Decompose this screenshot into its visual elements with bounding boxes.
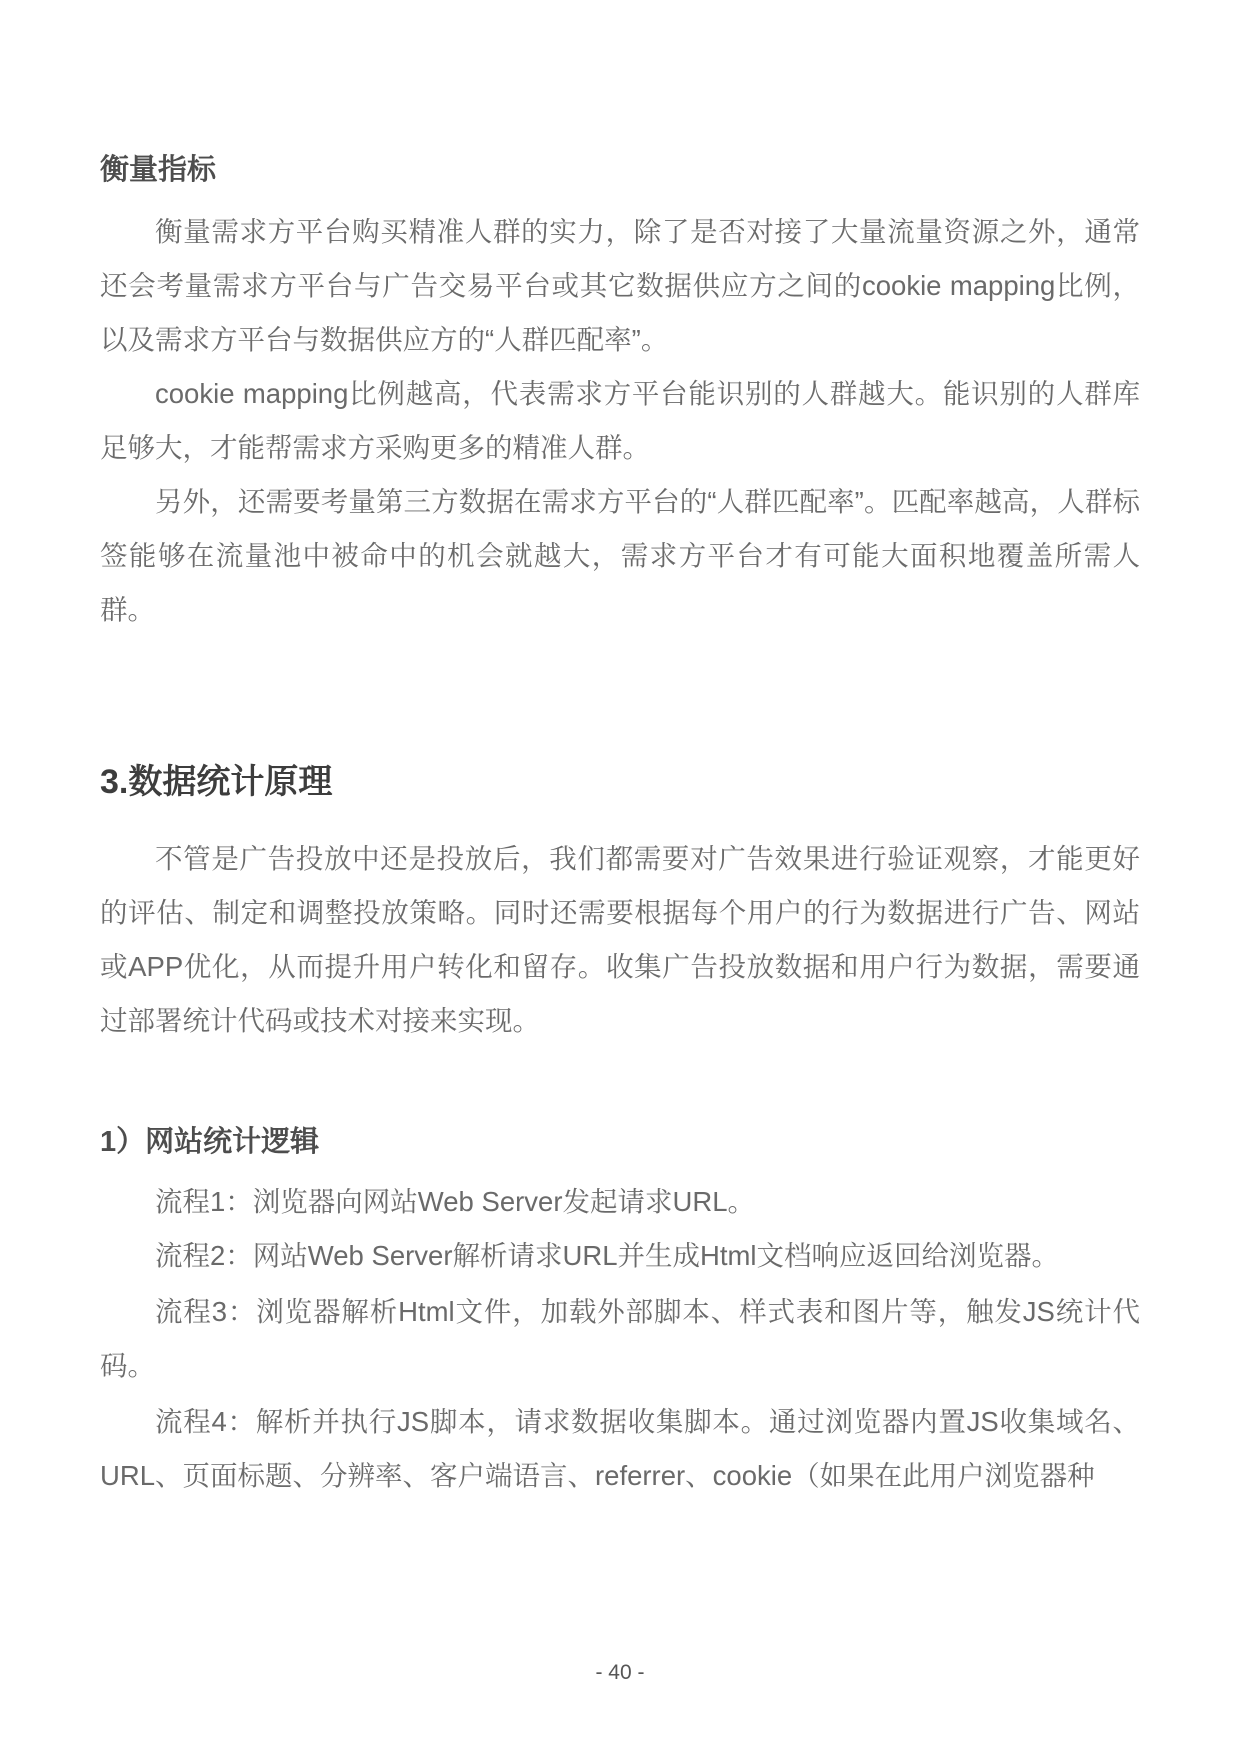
page-number: - 40 - [0, 1660, 1240, 1686]
paragraph-ad-effect-verification: 不管是广告投放中还是投放后，我们都需要对广告效果进行验证观察，才能更好的评估、制… [100, 832, 1140, 1048]
paragraph-flow-3: 流程3：浏览器解析Html文件，加载外部脚本、样式表和图片等，触发JS统计代码。 [100, 1285, 1140, 1393]
paragraph-flow-1: 流程1：浏览器向网站Web Server发起请求URL。 [100, 1175, 1140, 1229]
section-heading-website-statistics-logic: 1）网站统计逻辑 [100, 1122, 1140, 1162]
paragraph-cookie-mapping-ratio: cookie mapping比例越高，代表需求方平台能识别的人群越大。能识别的人… [100, 367, 1140, 475]
paragraph-flow-4: 流程4：解析并执行JS脚本，请求数据收集脚本。通过浏览器内置JS收集域名、URL… [100, 1395, 1140, 1503]
document-page: 衡量指标 衡量需求方平台购买精准人群的实力，除了是否对接了大量流量资源之外，通常… [0, 0, 1240, 1754]
paragraph-audience-match-rate: 另外，还需要考量第三方数据在需求方平台的“人群匹配率”。匹配率越高，人群标签能够… [100, 475, 1140, 637]
section-heading-measurement-metrics: 衡量指标 [100, 150, 1140, 190]
chapter-heading-data-statistics-principle: 3.数据统计原理 [100, 759, 1140, 805]
paragraph-flow-2: 流程2：网站Web Server解析请求URL并生成Html文档响应返回给浏览器… [100, 1229, 1140, 1283]
paragraph-dsp-strength: 衡量需求方平台购买精准人群的实力，除了是否对接了大量流量资源之外，通常还会考量需… [100, 205, 1140, 367]
